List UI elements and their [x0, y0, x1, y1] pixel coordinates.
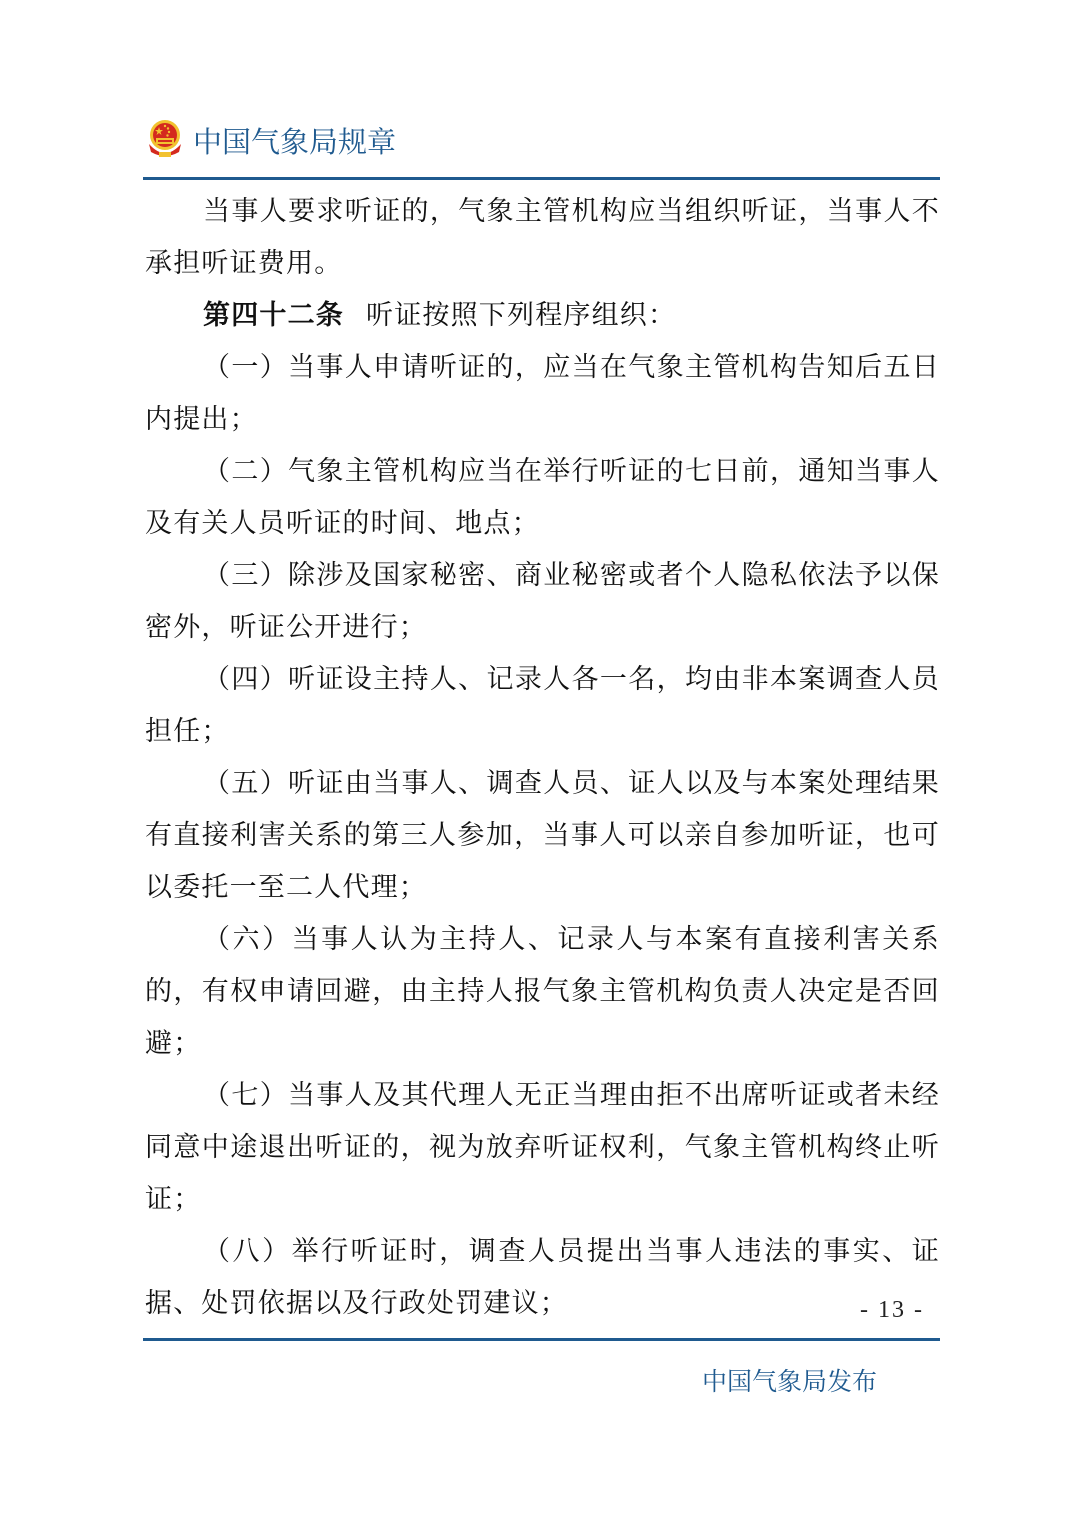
list-item: （六）当事人认为主持人、记录人与本案有直接利害关系的，有权申请回避，由主持人报气… [145, 914, 940, 1070]
paragraph-text: （四）听证设主持人、记录人各一名，均由非本案调查人员担任； [145, 664, 940, 747]
footer-divider [143, 1338, 940, 1341]
page-number: - 13 - [860, 1297, 924, 1324]
header-title: 中国气象局规章 [193, 120, 396, 161]
national-emblem-icon [145, 118, 185, 162]
article-number: 第四十二条 [203, 300, 344, 331]
paragraph-text: （五）听证由当事人、调查人员、证人以及与本案处理结果有直接利害关系的第三人参加，… [145, 768, 940, 903]
list-item: （四）听证设主持人、记录人各一名，均由非本案调查人员担任； [145, 654, 940, 758]
paragraph-text: （六）当事人认为主持人、记录人与本案有直接利害关系的，有权申请回避，由主持人报气… [145, 924, 940, 1059]
paragraph-text: 听证按照下列程序组织： [366, 300, 676, 331]
list-item: （二）气象主管机构应当在举行听证的七日前，通知当事人及有关人员听证的时间、地点； [145, 446, 940, 550]
paragraph-text: 当事人要求听证的，气象主管机构应当组织听证，当事人不承担听证费用。 [145, 196, 940, 279]
paragraph-text: （七）当事人及其代理人无正当理由拒不出席听证或者未经同意中途退出听证的，视为放弃… [145, 1080, 940, 1215]
document-body: 当事人要求听证的，气象主管机构应当组织听证，当事人不承担听证费用。 第四十二条听… [145, 186, 940, 1330]
list-item: （三）除涉及国家秘密、商业秘密或者个人隐私依法予以保密外，听证公开进行； [145, 550, 940, 654]
list-item: （一）当事人申请听证的，应当在气象主管机构告知后五日内提出； [145, 342, 940, 446]
header-divider [143, 177, 940, 180]
paragraph-text: （八）举行听证时，调查人员提出当事人违法的事实、证据、处罚依据以及行政处罚建议； [145, 1236, 940, 1319]
footer-publisher: 中国气象局发布 [702, 1362, 877, 1398]
paragraph-text: （二）气象主管机构应当在举行听证的七日前，通知当事人及有关人员听证的时间、地点； [145, 456, 940, 539]
paragraph-text: （一）当事人申请听证的，应当在气象主管机构告知后五日内提出； [145, 352, 940, 435]
article-heading-paragraph: 第四十二条听证按照下列程序组织： [145, 290, 940, 342]
paragraph-text: （三）除涉及国家秘密、商业秘密或者个人隐私依法予以保密外，听证公开进行； [145, 560, 940, 643]
list-item: （五）听证由当事人、调查人员、证人以及与本案处理结果有直接利害关系的第三人参加，… [145, 758, 940, 914]
list-item: （八）举行听证时，调查人员提出当事人违法的事实、证据、处罚依据以及行政处罚建议； [145, 1226, 940, 1330]
document-header: 中国气象局规章 [145, 115, 396, 165]
paragraph: 当事人要求听证的，气象主管机构应当组织听证，当事人不承担听证费用。 [145, 186, 940, 290]
list-item: （七）当事人及其代理人无正当理由拒不出席听证或者未经同意中途退出听证的，视为放弃… [145, 1070, 940, 1226]
